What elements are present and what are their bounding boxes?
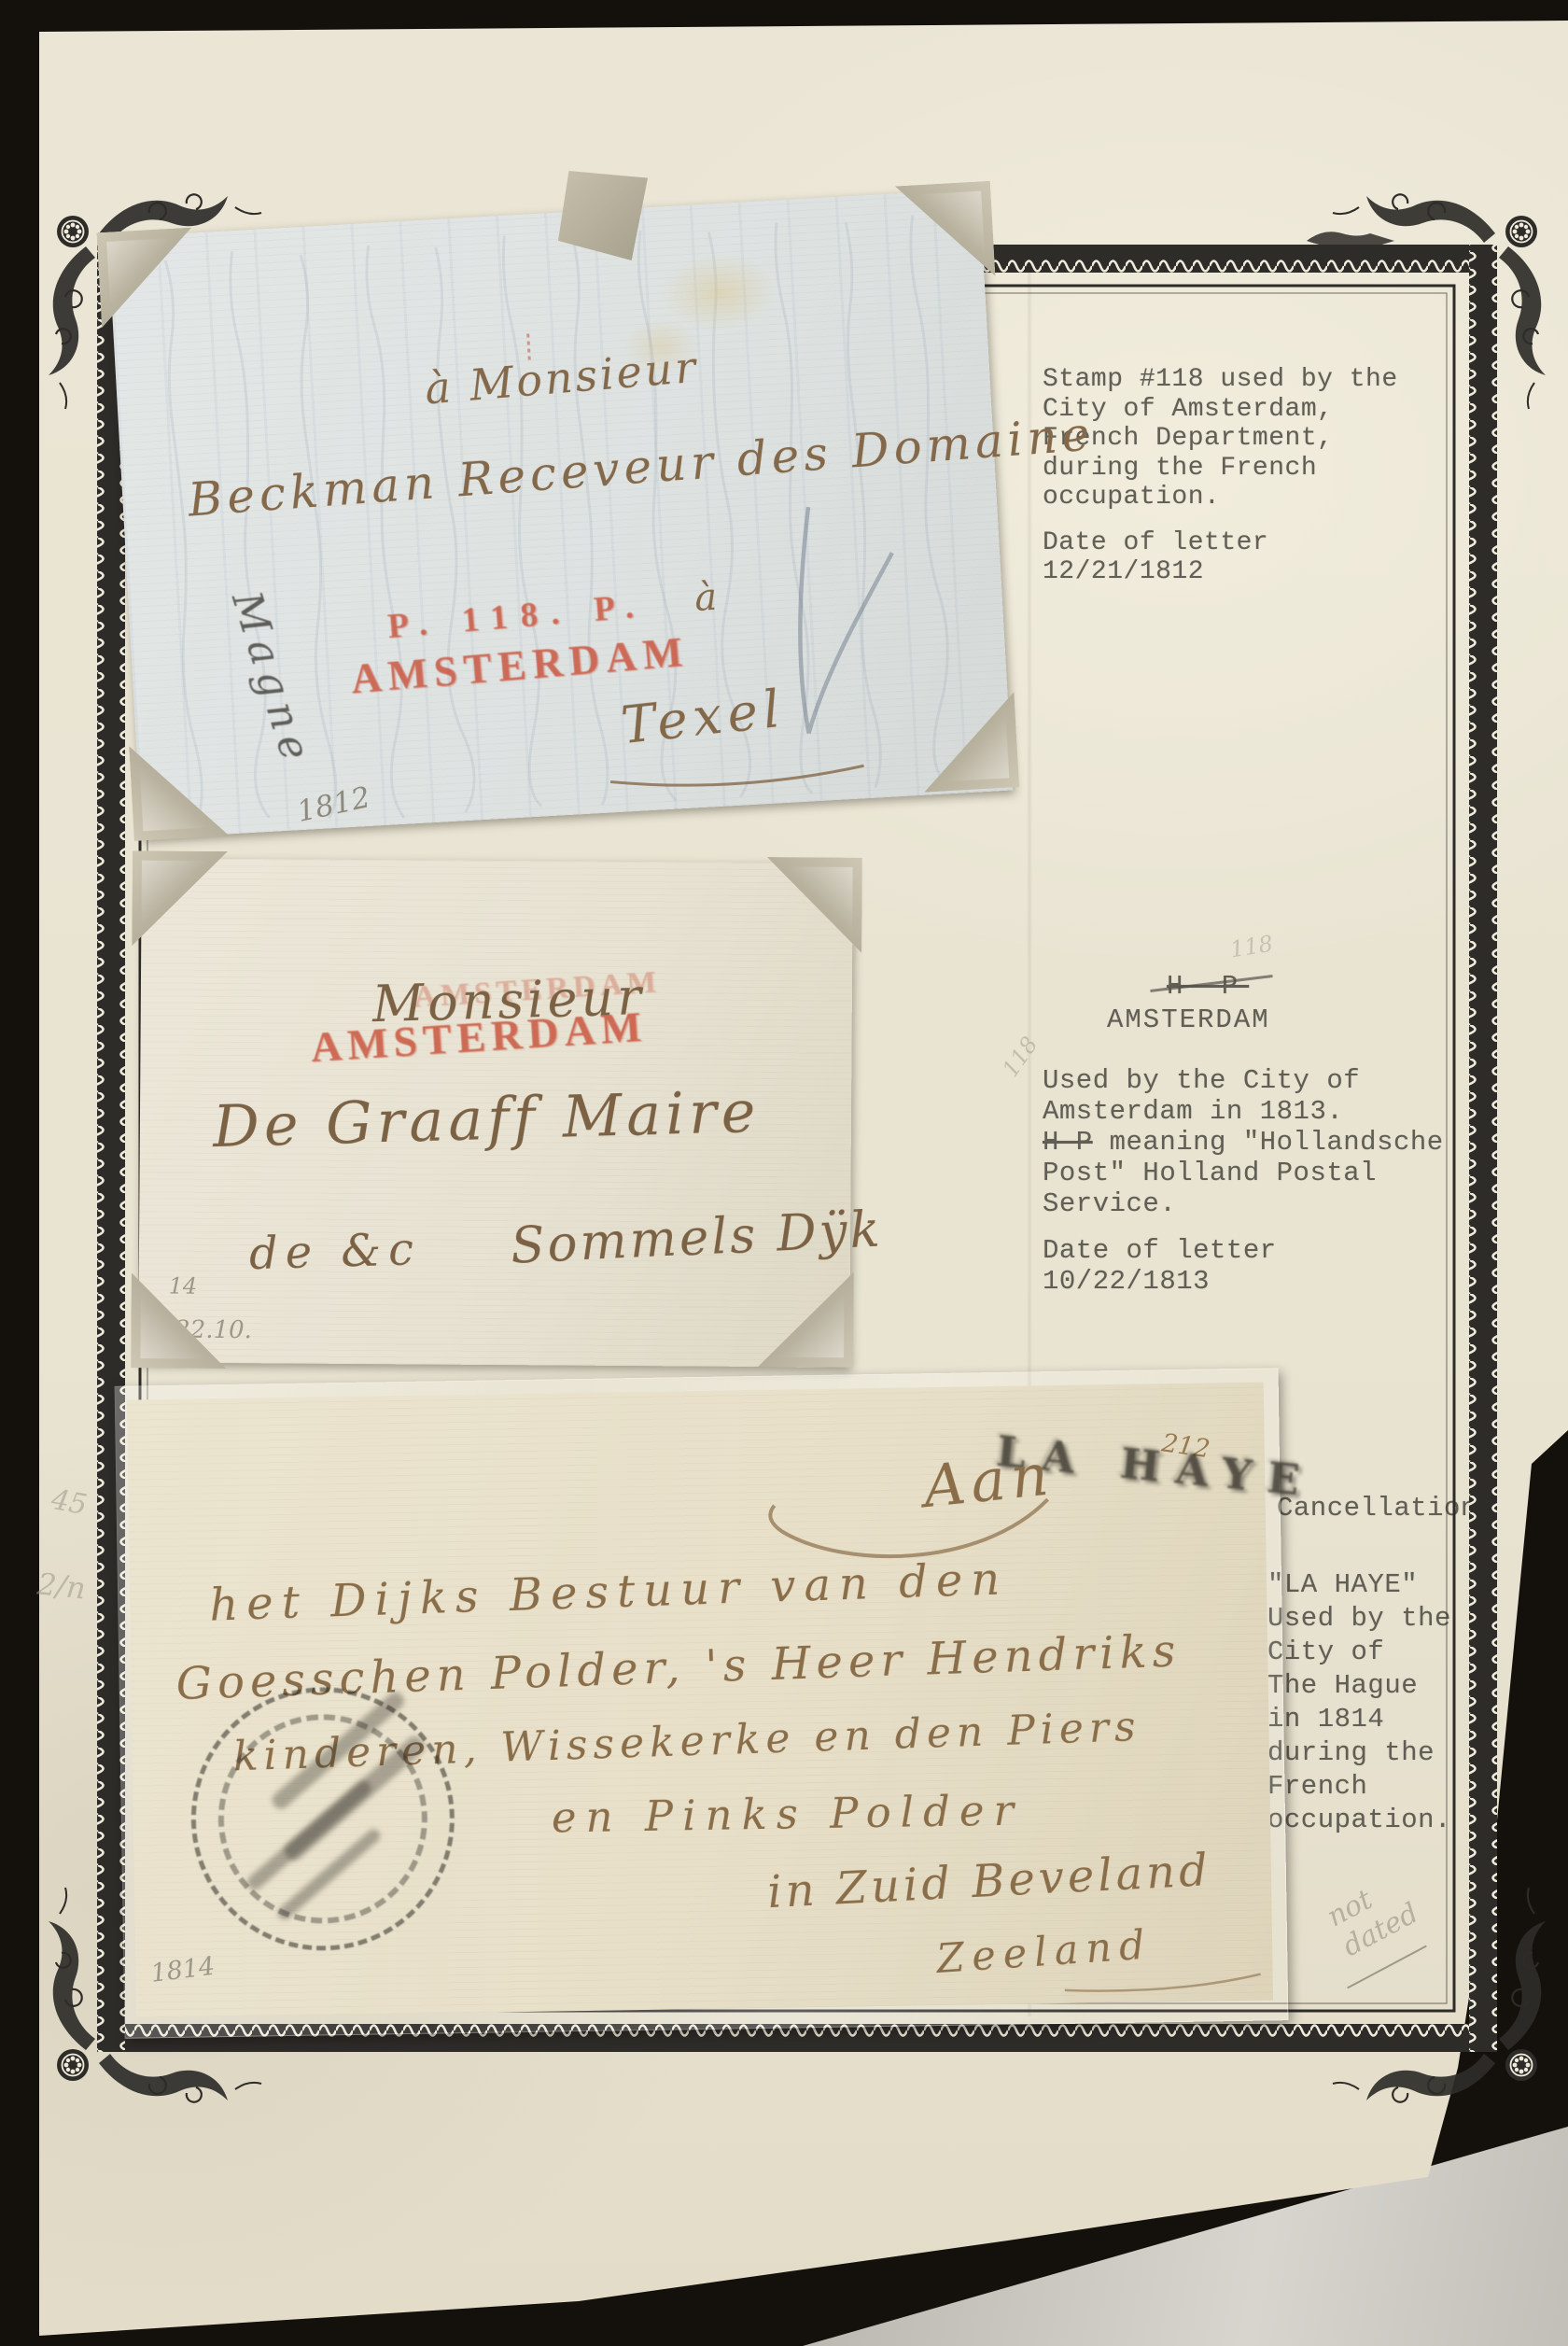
cover1-pencil-year: 1812 [294, 780, 373, 829]
covers-layer: à Monsieur Beckman Receveur des Domaine … [0, 0, 1568, 2346]
cover2-line3: de &c [248, 1223, 421, 1280]
postmark-smudge [269, 1689, 407, 1811]
protective-sleeve: 212 LA HAYE Aan het Dijks Bestuur van de… [115, 1368, 1289, 2039]
photo-corner-mount [758, 1271, 854, 1368]
cover2-line4: Sommels Dÿk [510, 1201, 884, 1274]
cover-1812-amsterdam: à Monsieur Beckman Receveur des Domaine … [108, 189, 1014, 838]
cover3-line1: Aan [920, 1440, 1057, 1521]
photo-corner-mount [96, 228, 197, 329]
cover1-destination-prefix: à [693, 576, 718, 620]
cover2-line1: Monsieur [371, 967, 646, 1033]
cover1-marks [108, 189, 1014, 838]
postmark-smudge [245, 1777, 374, 1892]
cover3-line5: en Pinks Polder [551, 1786, 1023, 1843]
cover1-salutation: à Monsieur [423, 342, 700, 414]
photo-corner-mount [766, 857, 862, 953]
cover1-addressee: Beckman Receveur des Domaine [187, 407, 1097, 527]
cover1-destination: Texel [618, 678, 788, 755]
photo-corner-mount [129, 741, 230, 842]
cover-1814-la-haye: 212 LA HAYE Aan het Dijks Bestuur van de… [127, 1382, 1273, 2017]
cover2-line2: De Graaff Maire [212, 1077, 761, 1160]
cover1-red-stamp-line2: AMSTERDAM [304, 624, 736, 708]
cover1-red-stamp-line1: P. 118. P. [315, 580, 719, 653]
photo-corner-mount [132, 850, 228, 947]
red-ink-marks [526, 332, 531, 360]
cover2-pencil-small: 14 [169, 1273, 198, 1299]
photo-corner-mount [895, 181, 996, 282]
photo-of-album-page: Stamp #118 used by the City of Amsterdam… [0, 0, 1568, 2346]
cover1-side-docket: Magne [222, 586, 321, 773]
photo-corner-mount [919, 692, 1020, 793]
cover-1813-amsterdam: AMSTERDAM AMSTERDAM Monsieur De Graaff M… [138, 858, 853, 1367]
